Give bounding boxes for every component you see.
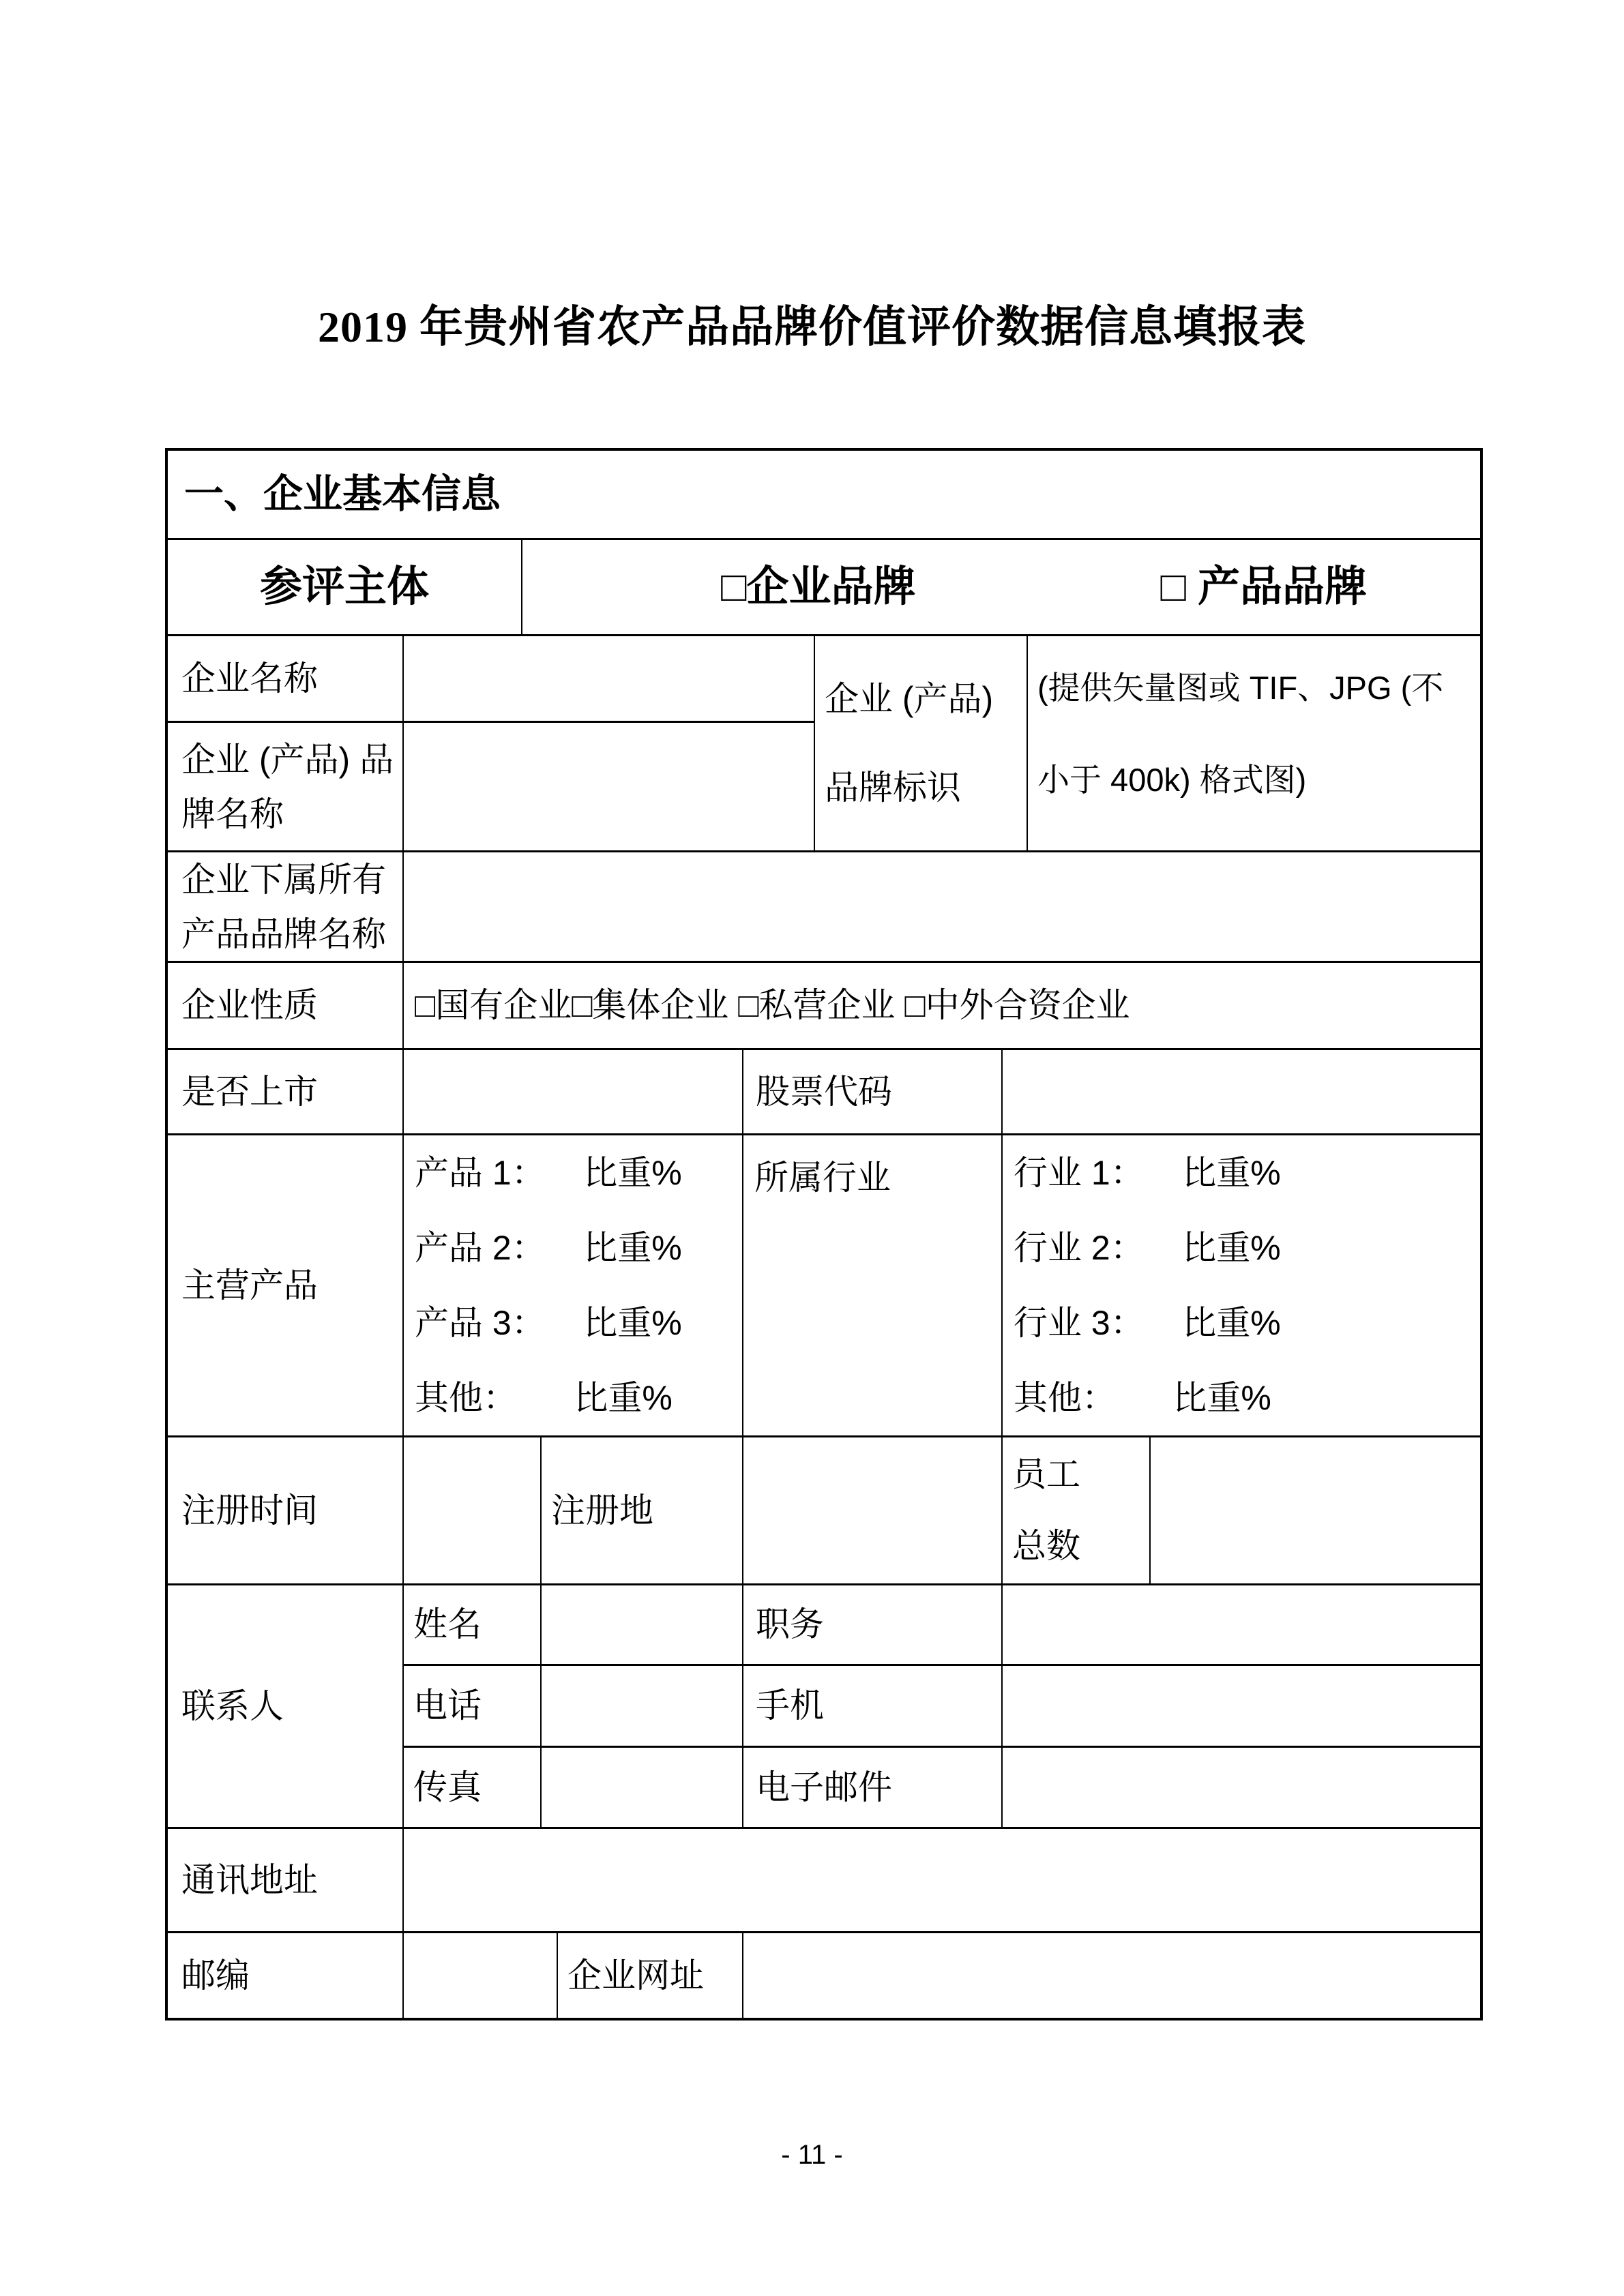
product-share-item: 产品 2： 比重% [415, 1227, 682, 1270]
position-label: 职务 [743, 1585, 1003, 1666]
brand-name-label: 企业 (产品) 品 牌名称 [168, 723, 404, 852]
employees-total-input-cell [1151, 1437, 1480, 1585]
industry-share-item: 行业 2： 比重% [1014, 1227, 1281, 1270]
position-input-cell [1003, 1585, 1480, 1666]
contact-person-label: 联系人 [168, 1585, 404, 1829]
section-header: 一、企业基本信息 [168, 451, 1480, 540]
registration-time-input-cell [404, 1437, 542, 1585]
email-input-cell [1003, 1748, 1480, 1829]
phone-label: 电话 [404, 1666, 542, 1748]
phone-input-cell [542, 1666, 743, 1748]
enterprise-info-table: 一、企业基本信息 参评主体 □企业品牌 □ 产品品牌 企业名称 企业 (产品) … [165, 448, 1483, 2021]
mobile-label: 手机 [743, 1666, 1003, 1748]
contact-name-input-cell [542, 1585, 743, 1666]
registration-place-input-cell [743, 1437, 1003, 1585]
enterprise-brand-checkbox-option: □企业品牌 [721, 561, 915, 614]
listed-input-cell [404, 1050, 743, 1135]
website-label: 企业网址 [558, 1933, 743, 2018]
employees-total-label: 员工 总数 [1003, 1437, 1151, 1585]
mobile-input-cell [1003, 1666, 1480, 1748]
email-label: 电子邮件 [743, 1748, 1003, 1829]
document-page: 2019 年贵州省农产品品牌价值评价数据信息填报表 一、企业基本信息 参评主体 … [0, 0, 1624, 2296]
evaluation-subject-options: □企业品牌 □ 产品品牌 [522, 540, 1480, 636]
website-input-cell [743, 1933, 1480, 2018]
product-share-list: 产品 1： 比重% 产品 2： 比重% 产品 3： 比重% 其他： 比重% [404, 1135, 743, 1437]
postcode-input-cell [404, 1933, 558, 2018]
registration-time-label: 注册时间 [168, 1437, 404, 1585]
industry-label: 所属行业 [743, 1135, 1003, 1437]
registration-place-label: 注册地 [542, 1437, 743, 1585]
company-nature-label: 企业性质 [168, 963, 404, 1050]
company-nature-options: □国有企业□集体企业 □私营企业 □中外合资企业 [404, 963, 1480, 1050]
industry-share-item: 其他： 比重% [1014, 1377, 1271, 1420]
contact-name-label: 姓名 [404, 1585, 542, 1666]
industry-share-item: 行业 1： 比重% [1014, 1152, 1281, 1195]
product-share-item: 其他： 比重% [415, 1377, 673, 1420]
product-share-item: 产品 1： 比重% [415, 1152, 682, 1195]
fax-label: 传真 [404, 1748, 542, 1829]
company-name-input-cell [404, 636, 815, 723]
product-share-item: 产品 3： 比重% [415, 1302, 682, 1345]
brand-logo-label: 企业 (产品) 品牌标识 [815, 636, 1028, 852]
brand-name-input-cell [404, 723, 815, 852]
product-brand-checkbox-option: □ 产品品牌 [1160, 561, 1367, 614]
main-products-label: 主营产品 [168, 1135, 404, 1437]
subsidiary-brands-input-cell [404, 852, 1480, 963]
listed-label: 是否上市 [168, 1050, 404, 1135]
company-name-label: 企业名称 [168, 636, 404, 723]
address-label: 通讯地址 [168, 1829, 404, 1933]
brand-logo-note: (提供矢量图或 TIF、JPG (不 小于 400k) 格式图) [1028, 636, 1480, 852]
stock-code-input-cell [1003, 1050, 1480, 1135]
industry-share-list: 行业 1： 比重% 行业 2： 比重% 行业 3： 比重% 其他： 比重% [1003, 1135, 1480, 1437]
evaluation-subject-label: 参评主体 [168, 540, 522, 636]
stock-code-label: 股票代码 [743, 1050, 1003, 1135]
postcode-label: 邮编 [168, 1933, 404, 2018]
fax-input-cell [542, 1748, 743, 1829]
industry-share-item: 行业 3： 比重% [1014, 1302, 1281, 1345]
subsidiary-brands-label: 企业下属所有 产品品牌名称 [168, 852, 404, 963]
page-number: - 11 - [0, 2140, 1624, 2171]
document-title: 2019 年贵州省农产品品牌价值评价数据信息填报表 [0, 300, 1624, 355]
address-input-cell [404, 1829, 1480, 1933]
